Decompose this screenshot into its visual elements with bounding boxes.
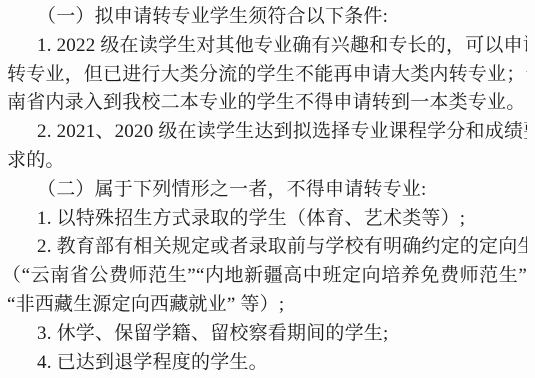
restriction-3: 3. 休学、保留学籍、留校察看期间的学生;	[7, 320, 527, 349]
rule-1-line-1: 1. 2022 级在读学生对其他专业确有兴趣和专长的，可以申请	[7, 32, 527, 61]
rule-2-line-2: 求的。	[7, 147, 527, 176]
rule-1-line-2: 转专业，但已进行大类分流的学生不能再申请大类内转专业；云	[7, 61, 527, 90]
section-two-heading: （二）属于下列情形之一者，不得申请转专业:	[7, 176, 527, 205]
section-one-heading: （一）拟申请转专业学生须符合以下条件:	[7, 3, 527, 32]
restriction-2-line-3: “非西藏生源定向西藏就业” 等）;	[7, 291, 527, 320]
restriction-2-line-1: 2. 教育部有相关规定或者录取前与学校有明确约定的定向生	[7, 233, 527, 262]
rule-1-line-3: 南省内录入到我校二本专业的学生不得申请转到一本类专业。	[7, 89, 527, 118]
restriction-1: 1. 以特殊招生方式录取的学生（体育、艺术类等）;	[7, 205, 527, 234]
restriction-4: 4. 已达到退学程度的学生。	[7, 349, 527, 378]
restriction-2-line-2: （“云南省公费师范生”“内地新疆高中班定向培养免费师范生”	[2, 262, 527, 291]
document-body: （一）拟申请转专业学生须符合以下条件: 1. 2022 级在读学生对其他专业确有…	[0, 0, 535, 378]
rule-2-line-1: 2. 2021、2020 级在读学生达到拟选择专业课程学分和成绩要	[7, 118, 527, 147]
